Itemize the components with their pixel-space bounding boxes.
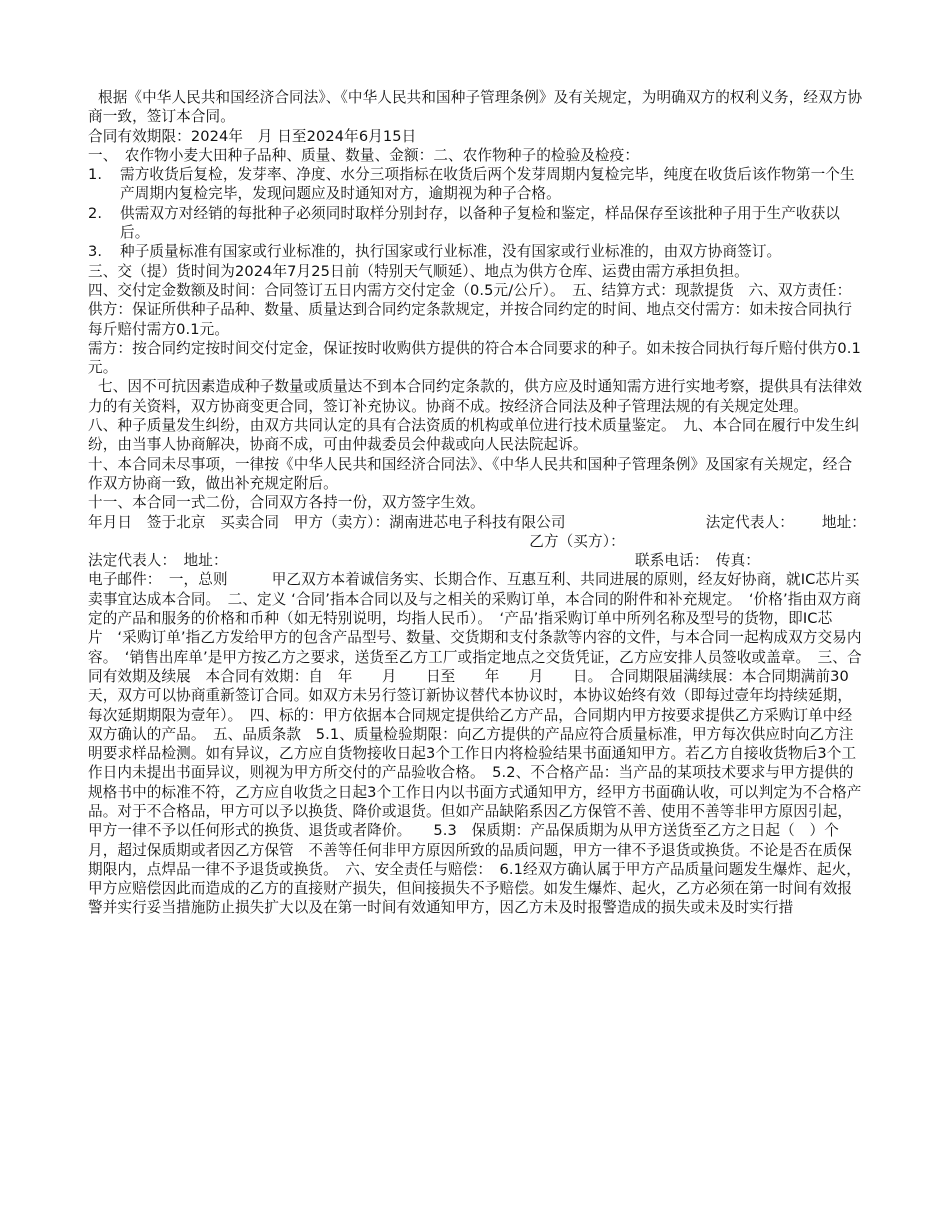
ic-chip-contract-body: 电子邮件： 一，总则 甲乙双方本着诚信务实、长期合作、互惠互利、共同进展的原则，… <box>88 570 866 917</box>
buyer-responsibility: 需方：按合同约定按时间交付定金，保证按时收购供方提供的符合本合同要求的种子。如未… <box>88 339 866 378</box>
section-1-heading: 一、 农作物小麦大田种子品种、质量、数量、金额：二、农作物种子的检验及检疫： <box>88 146 866 165</box>
intro-paragraph: 根据《中华人民共和国经济合同法》、《中华人民共和国种子管理条例》及有关规定，为明… <box>88 88 866 127</box>
inspection-item-2: 2. 供需双方对经销的每批种子必须同时取样分别封存，以备种子复检和鉴定，样品保存… <box>88 204 866 243</box>
document-page: 根据《中华人民共和国经济合同法》、《中华人民共和国种子管理条例》及有关规定，为明… <box>88 88 866 918</box>
party-b-rep-address: 法定代表人： 地址： <box>88 551 228 570</box>
item-text: 供需双方对经销的每批种子必须同时取样分别封存，以备种子复检和鉴定，样品保存至该批… <box>120 204 866 243</box>
section-11-copies: 十一、本合同一式二份，合同双方各持一份，双方签字生效。 <box>88 493 866 512</box>
section-3-delivery: 三、交（提）货时间为2024年7月25日前（特别天气顺延）、地点为供方仓库、运费… <box>88 262 866 281</box>
party-a-address-label: 地址： <box>822 513 866 532</box>
supplier-responsibility: 供方：保证所供种子品种、数量、质量达到合同约定条款规定，并按合同约定的时间、地点… <box>88 300 866 339</box>
section-4-deposit: 四、交付定金数额及时间：合同签订五日内需方交付定金（0.5元/公斤）。 五、结算… <box>88 281 866 300</box>
item-text: 需方收货后复检，发芽率、净度、水分三项指标在收货后两个发芽周期内复检完毕，纯度在… <box>120 165 866 204</box>
party-b-phone-fax: 联系电话： 传真： <box>635 551 760 570</box>
validity-line: 合同有效期限：2024年 月 日至2024年6月15日 <box>88 127 866 146</box>
party-a-rep-label: 法定代表人： <box>706 513 794 532</box>
section-10-supplement: 十、本合同未尽事项，一律按《中华人民共和国经济合同法》、《中华人民共和国种子管理… <box>88 455 866 494</box>
inspection-item-1: 1. 需方收货后复检，发芽率、净度、水分三项指标在收货后两个发芽周期内复检完毕，… <box>88 165 866 204</box>
party-a-label: 年月日 签于北京 买卖合同 甲方（卖方）：湖南进芯电子科技有限公司 <box>88 513 566 532</box>
section-7-force-majeure: 七、因不可抗因素造成种子数量或质量达不到本合同约定条款的，供方应及时通知需方进行… <box>88 377 866 416</box>
item-text: 种子质量标准有国家或行业标准的，执行国家或行业标准，没有国家或行业标准的，由双方… <box>120 242 866 261</box>
party-b-label: 乙方（买方）： <box>88 532 866 551</box>
signature-line-3: 法定代表人： 地址： 联系电话： 传真： <box>88 551 866 570</box>
inspection-item-3: 3. 种子质量标准有国家或行业标准的，执行国家或行业标准，没有国家或行业标准的，… <box>88 242 866 261</box>
item-number: 2. <box>88 204 120 243</box>
section-8-disputes: 八、种子质量发生纠纷，由双方共同认定的具有合法资质的机构或单位进行技术质量鉴定。… <box>88 416 866 455</box>
item-number: 1. <box>88 165 120 204</box>
signature-line-1: 年月日 签于北京 买卖合同 甲方（卖方）：湖南进芯电子科技有限公司 法定代表人：… <box>88 513 866 532</box>
item-number: 3. <box>88 242 120 261</box>
